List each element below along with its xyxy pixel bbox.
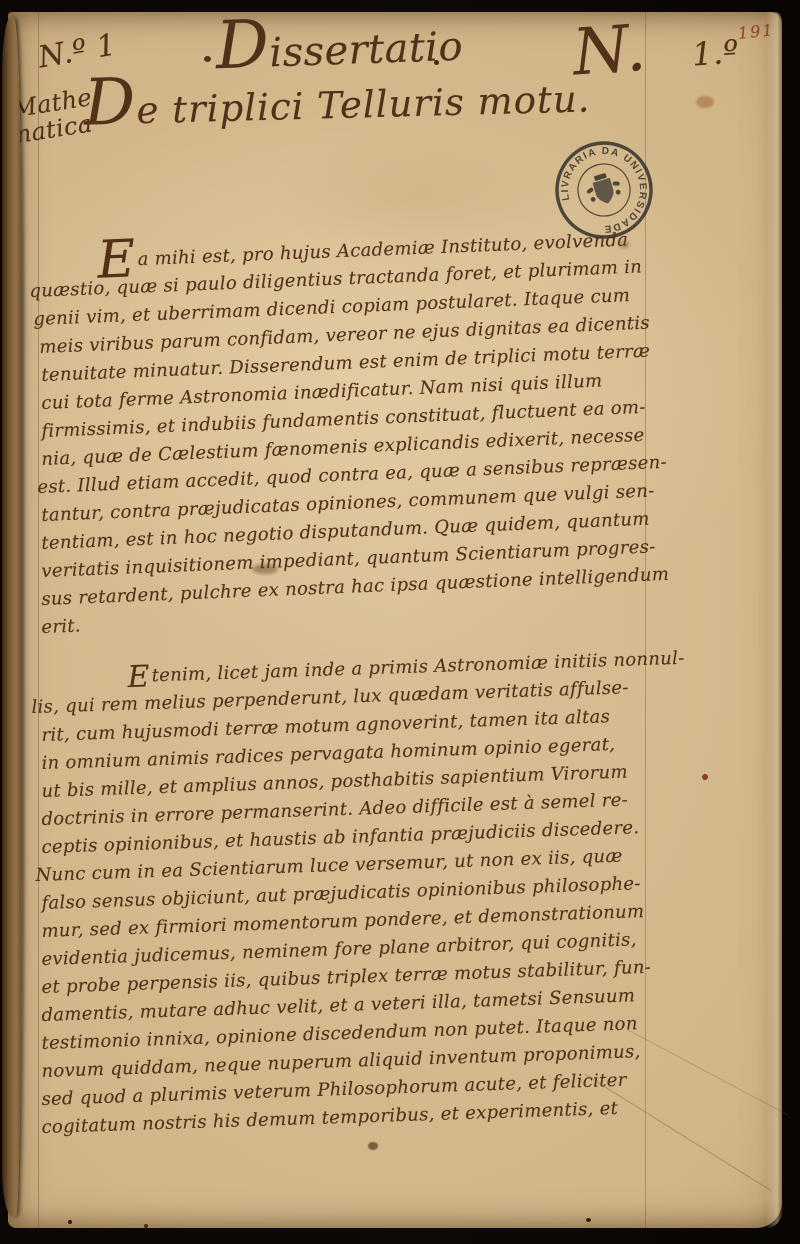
paragraph-initial: E: [127, 664, 150, 691]
stamp-crest-icon: [583, 170, 625, 208]
dissertation-title: Dissertatio: [215, 18, 464, 79]
dissertation-subtitle: De triplici Telluris motu.: [83, 67, 591, 133]
stain: [144, 1224, 148, 1228]
stain: [702, 774, 708, 780]
stain: [696, 96, 714, 108]
drop-cap-initial: E: [97, 244, 136, 276]
manuscript-body: E a mihi est, pro hujus Academiæ Institu…: [42, 248, 654, 1142]
manuscript-photo: 191 N.º 1 Mathe matica Dissertatio De tr…: [0, 0, 800, 1244]
left-margin-rule: [38, 12, 39, 1228]
stain: [586, 1218, 591, 1222]
stain: [68, 1220, 72, 1224]
stain: [368, 1142, 378, 1150]
page-edge: [766, 12, 782, 1228]
paragraph-2: E tenim, licet jam inde a primis Astrono…: [42, 666, 654, 1142]
header-right-number: 1.º: [691, 32, 740, 73]
binding-stub: [2, 18, 22, 1216]
header-right-n: N.: [571, 12, 649, 91]
paragraph-1: E a mihi est, pro hujus Academiæ Institu…: [42, 248, 654, 642]
manuscript-page: 191 N.º 1 Mathe matica Dissertatio De tr…: [8, 12, 782, 1228]
ink-dot: [204, 56, 211, 62]
folio-number: 191: [737, 20, 775, 43]
